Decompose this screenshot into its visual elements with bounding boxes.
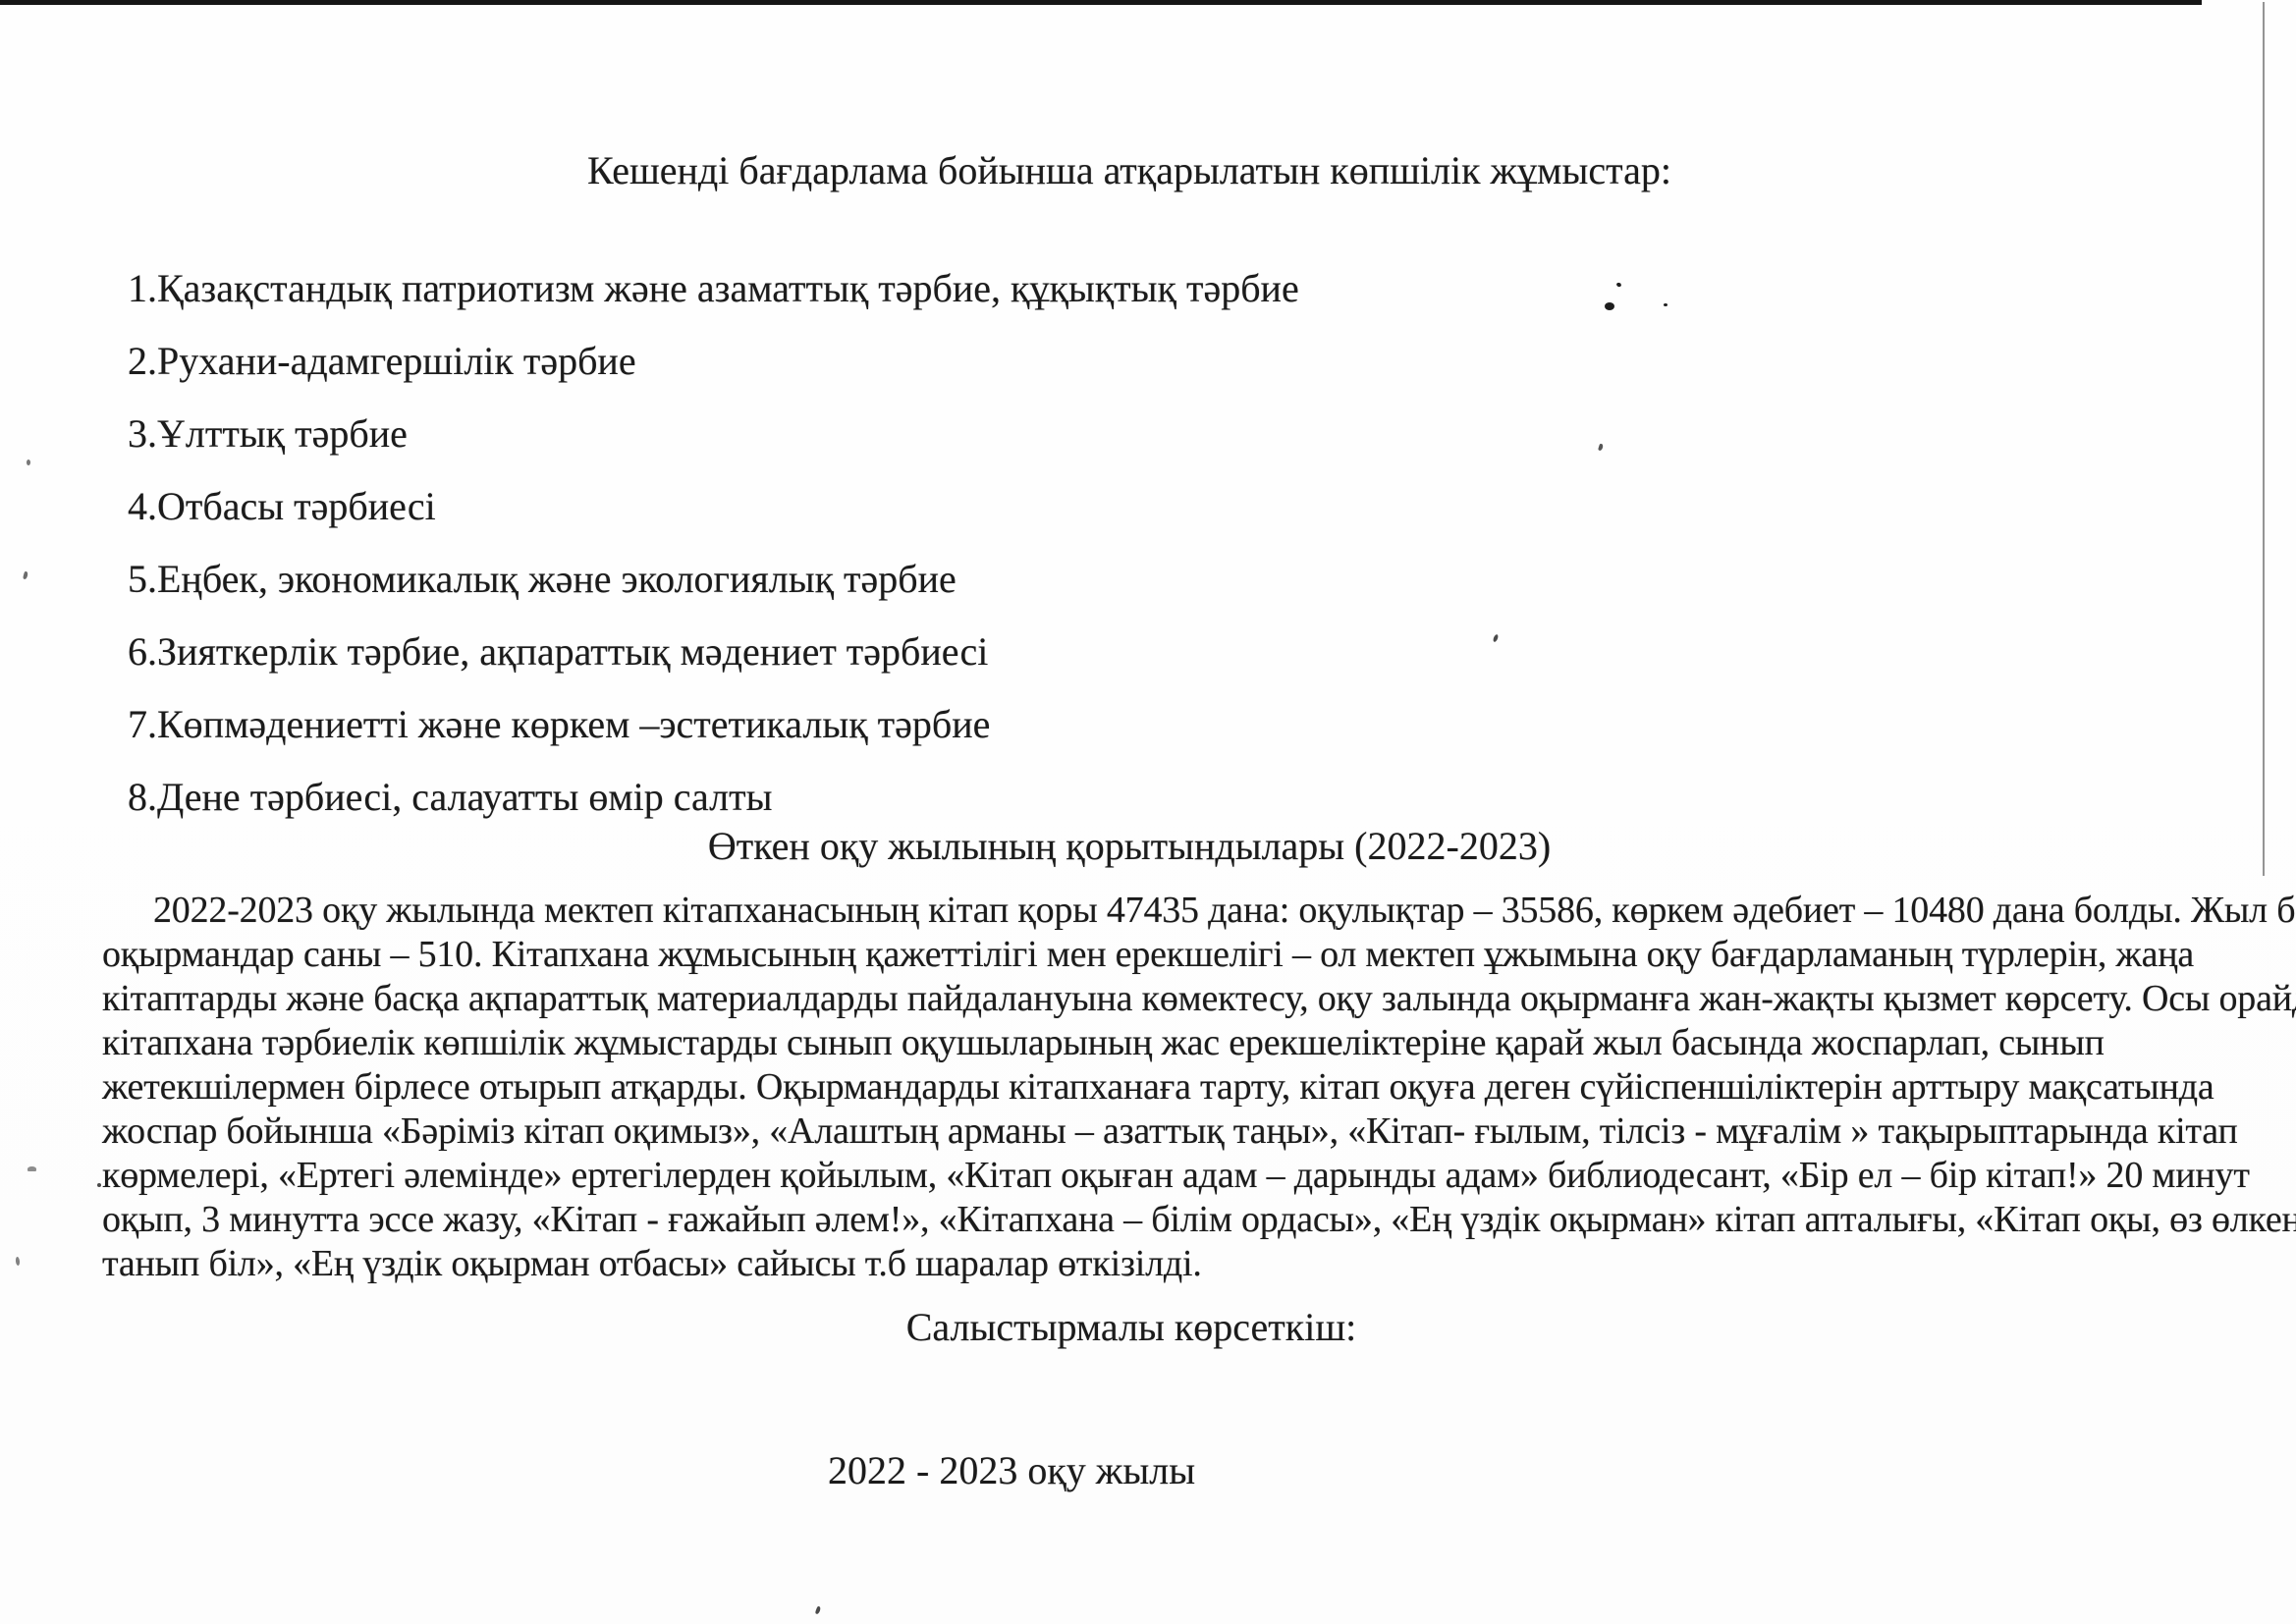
report-paragraph-line: кітаптарды және басқа ақпараттық материа… [102, 977, 2243, 1021]
report-paragraph-line: танып біл», «Ең үздік оқырман отбасы» са… [102, 1242, 2243, 1286]
program-list-item-3: 3.Ұлттық тәрбие [128, 410, 408, 458]
report-paragraph-line: оқып, 3 минутта эссе жазу, «Кітап - ғажа… [102, 1198, 2243, 1242]
ink-speck-artifact [16, 1257, 21, 1266]
program-list-item-4: 4.Отбасы тәрбиесі [128, 483, 436, 530]
report-paragraph-line: көрмелері, «Ертегі әлемінде» ертегілерде… [102, 1154, 2243, 1198]
ink-speck-artifact [23, 571, 28, 580]
comparison-heading: Салыстырмалы көрсеткіш: [0, 1304, 2263, 1351]
scan-right-edge-line-artifact [2263, 2, 2265, 876]
ink-speck-artifact [815, 1606, 821, 1615]
report-paragraph-line: оқырмандар саны – 510. Кітапхана жұмысын… [102, 933, 2243, 977]
report-paragraph-line: жоспар бойынша «Бәріміз кітап оқимыз», «… [102, 1110, 2243, 1154]
program-list-item-7: 7.Көпмәдениетті және көркем –эстетикалық… [128, 701, 990, 748]
program-list-item-5: 5.Еңбек, экономикалық және экологиялық т… [128, 556, 957, 603]
document-title: Кешенді бағдарлама бойынша атқарылатын к… [0, 147, 2259, 194]
scan-top-edge-artifact [0, 0, 2202, 5]
ink-speck-artifact [97, 1183, 101, 1187]
school-year-caption: 2022 - 2023 оқу жылы [828, 1447, 1195, 1494]
report-paragraph: 2022-2023 оқу жылында мектеп кітапханасы… [102, 889, 2243, 1286]
report-paragraph-line: жетекшілермен бірлесе отырып атқарды. Оқ… [102, 1065, 2243, 1110]
report-paragraph-line: 2022-2023 оқу жылында мектеп кітапханасы… [102, 889, 2243, 933]
ink-speck-artifact [27, 1166, 36, 1171]
ink-speck-artifact [1615, 282, 1621, 288]
ink-speck-artifact [1493, 634, 1500, 643]
ink-speck-artifact [1605, 302, 1614, 310]
program-list-item-1: 1.Қазақстандық патриотизм және азаматтық… [128, 265, 1299, 312]
program-list-item-2: 2.Рухани-адамгершілік тәрбие [128, 338, 636, 385]
scanned-document-page: Кешенді бағдарлама бойынша атқарылатын к… [0, 0, 2296, 1624]
ink-speck-artifact [27, 460, 30, 465]
program-list-item-8: 8.Дене тәрбиесі, салауатты өмір салты [128, 774, 772, 821]
ink-speck-artifact [1664, 303, 1667, 306]
program-list-item-6: 6.Зияткерлік тәрбие, ақпараттық мәдениет… [128, 628, 988, 676]
results-section-heading: Өткен оқу жылының қорытындылары (2022-20… [0, 823, 2259, 870]
ink-speck-artifact [1598, 444, 1604, 452]
report-paragraph-line: кітапхана тәрбиелік көпшілік жұмыстарды … [102, 1021, 2243, 1065]
